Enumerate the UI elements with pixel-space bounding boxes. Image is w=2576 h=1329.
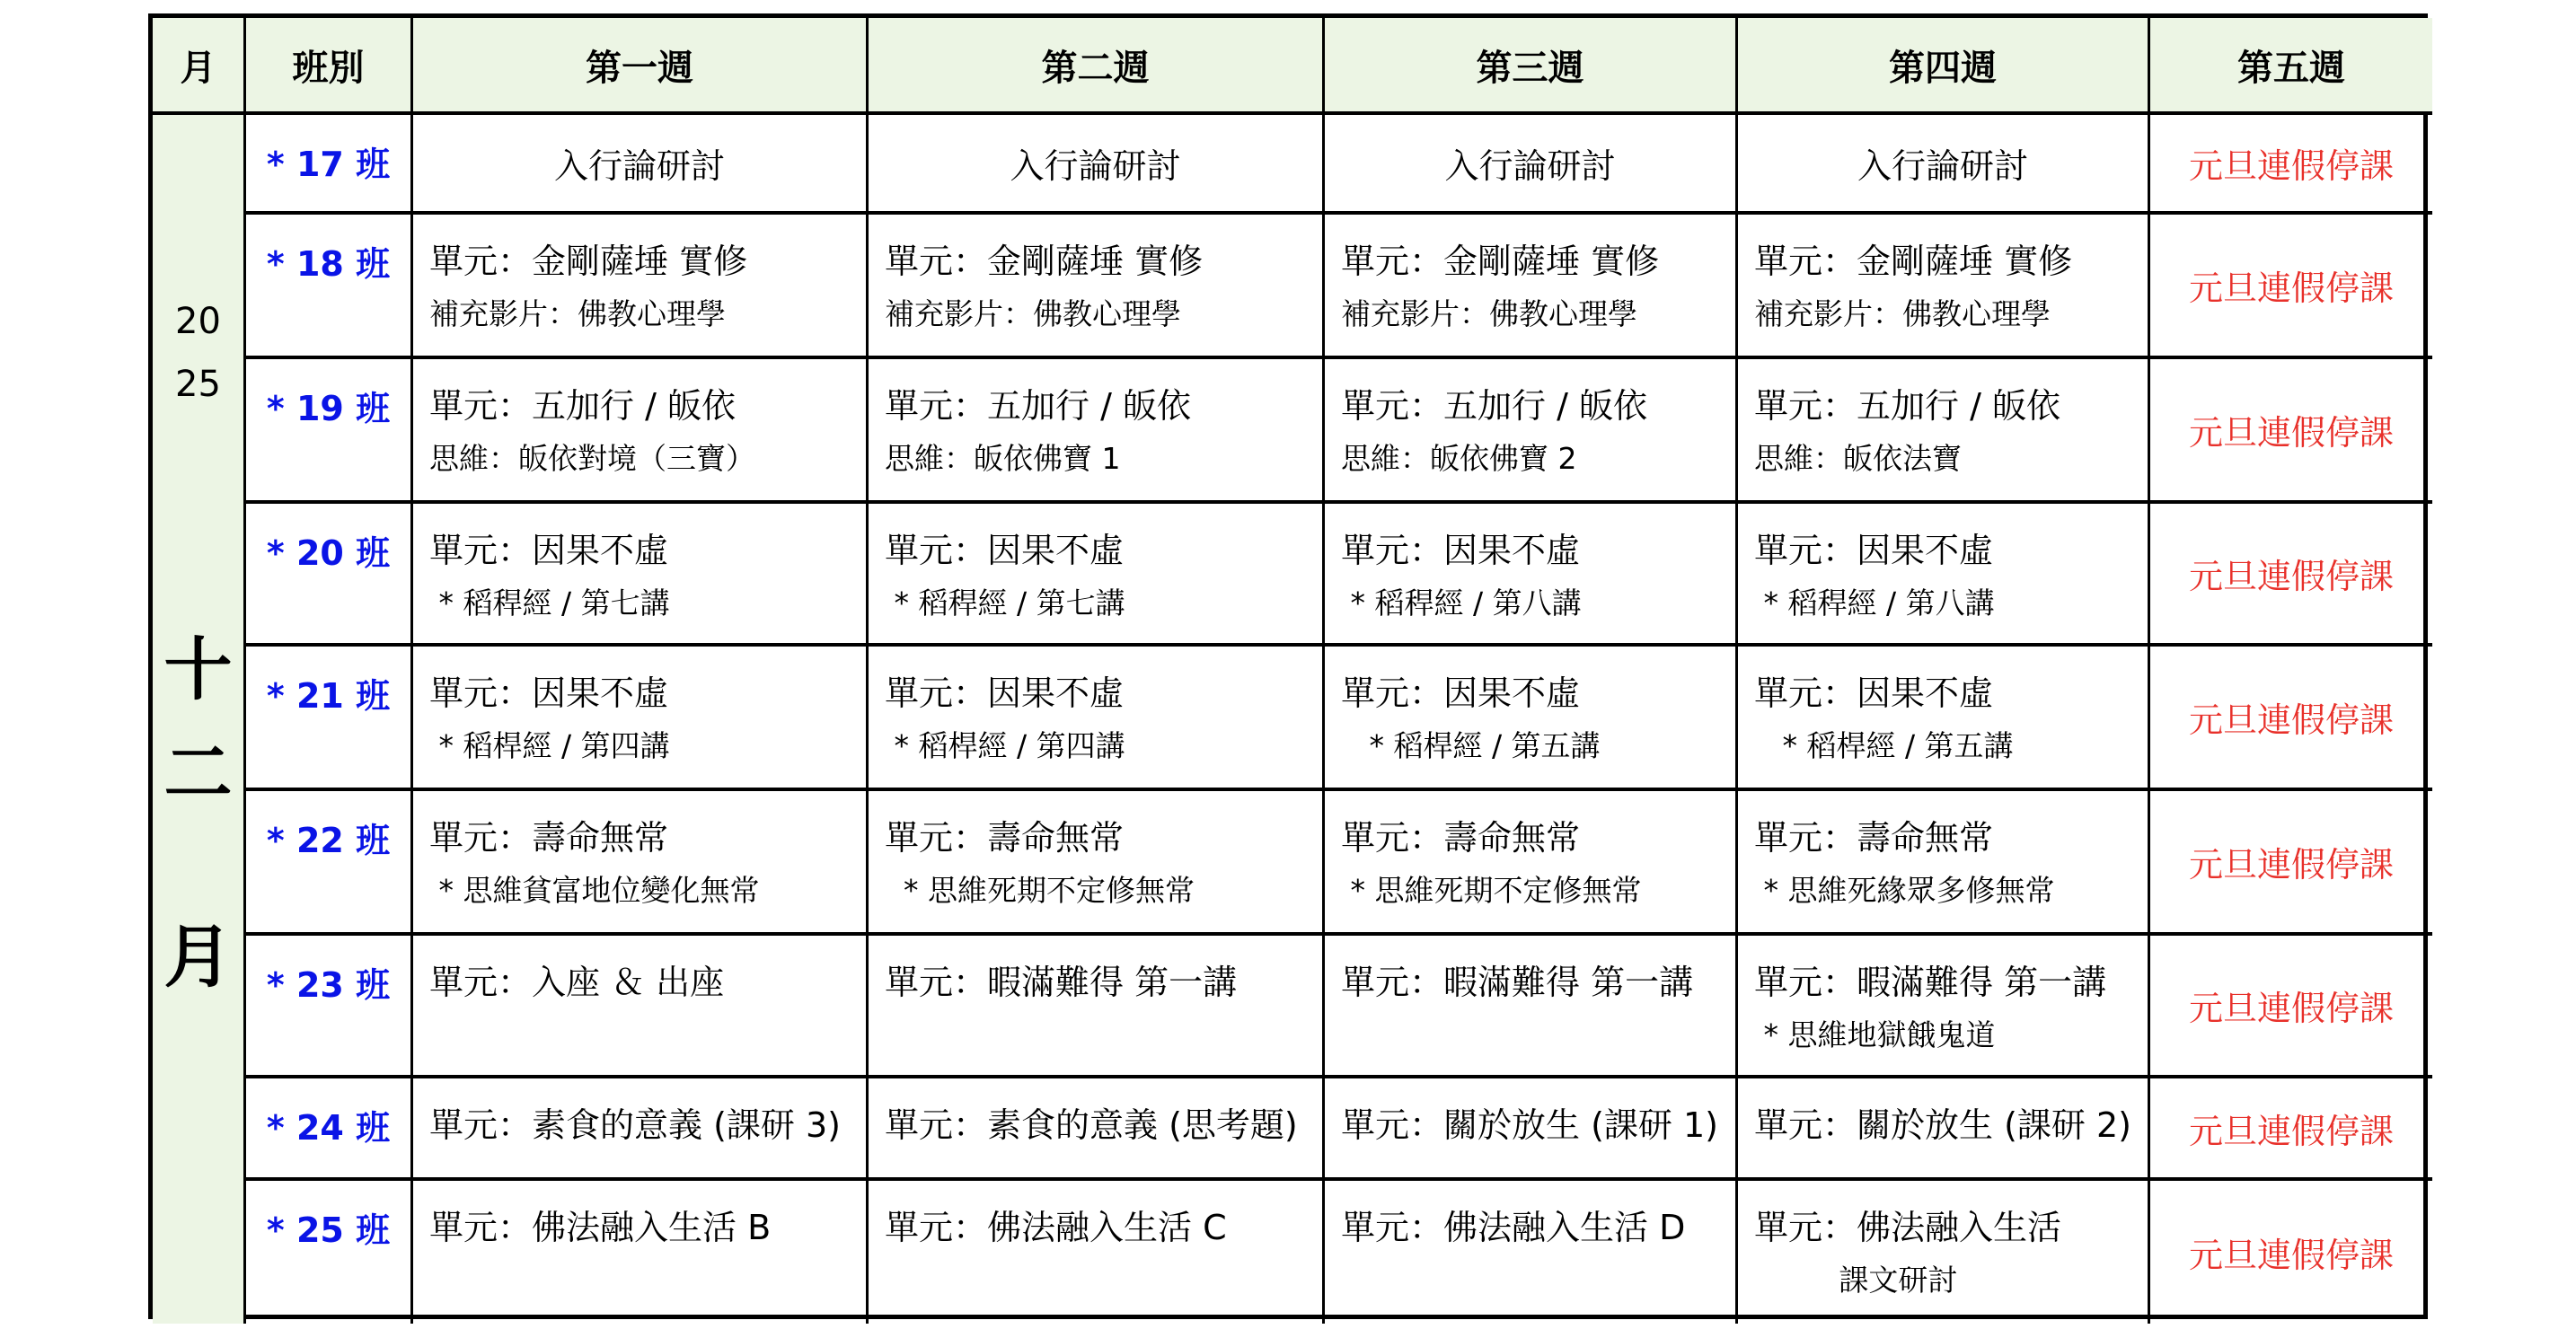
lesson-detail: 思維：皈依佛寶 1 [885, 440, 1322, 478]
class-cell: * 25 班 [246, 1181, 413, 1324]
class-cell: * 19 班 [246, 359, 413, 504]
lesson-detail: * 思維地獄餓鬼道 [1754, 1017, 2148, 1054]
holiday-label: 元旦連假停課 [2189, 138, 2394, 188]
class-label: * 20 班 [246, 504, 410, 575]
lesson-detail: * 稻桿經 / 第四講 [885, 727, 1322, 765]
class-cell: * 20 班 [246, 504, 413, 647]
lesson-title: 單元：因果不虛 [1341, 529, 1735, 572]
class-cell: * 18 班 [246, 215, 413, 359]
lesson-detail: * 稻稈經 / 第七講 [885, 585, 1322, 622]
week-3-cell: 單元：五加行 / 皈依思維：皈依佛寶 2 [1325, 359, 1738, 504]
week-3-cell: 單元：關於放生 (課研 1) [1325, 1078, 1738, 1181]
lesson-title: 單元：佛法融入生活 [1754, 1206, 2148, 1249]
lesson-detail: 思維：皈依對境（三寶） [429, 440, 866, 478]
week-3-cell: 單元：佛法融入生活 D [1325, 1181, 1738, 1324]
lesson-title: 單元：金剛薩埵 實修 [885, 240, 1322, 283]
week-3-cell: 單元：壽命無常 * 思維死期不定修無常 [1325, 791, 1738, 936]
class-cell: * 22 班 [246, 791, 413, 936]
year-part-1: 20 [153, 301, 243, 342]
lesson-title: 單元：金剛薩埵 實修 [429, 240, 866, 283]
holiday-label: 元旦連假停課 [2189, 837, 2394, 886]
lesson-title: 單元：暇滿難得 第一講 [1341, 961, 1735, 1004]
lesson-title: 單元：金剛薩埵 實修 [1341, 240, 1735, 283]
header-week-label: 第五週 [2237, 40, 2345, 91]
lesson-detail: * 思維死緣眾多修無常 [1754, 872, 2148, 910]
week-5-holiday-cell: 元旦連假停課 [2150, 215, 2432, 359]
class-label: * 21 班 [246, 647, 410, 717]
lesson-detail: 補充影片：佛教心理學 [885, 295, 1322, 333]
header-month-label: 月 [181, 40, 216, 91]
week-5-holiday-cell: 元旦連假停課 [2150, 359, 2432, 504]
header-month: 月 [153, 18, 246, 115]
month-char: 二 [153, 718, 243, 816]
holiday-label: 元旦連假停課 [2189, 1228, 2394, 1277]
holiday-label: 元旦連假停課 [2189, 260, 2394, 310]
week-3-cell: 單元：暇滿難得 第一講 [1325, 936, 1738, 1078]
holiday-label: 元旦連假停課 [2189, 981, 2394, 1030]
lesson-title: 單元：暇滿難得 第一講 [1754, 961, 2148, 1004]
lesson-detail: 課文研討 [1754, 1262, 2148, 1299]
lesson-detail: * 思維貧富地位變化無常 [429, 872, 866, 910]
week-2-cell: 單元：五加行 / 皈依思維：皈依佛寶 1 [869, 359, 1325, 504]
class-cell: * 23 班 [246, 936, 413, 1078]
header-week-4: 第四週 [1738, 18, 2150, 115]
week-2-cell: 單元：因果不虛 * 稻桿經 / 第四講 [869, 647, 1325, 791]
week-1-cell: 單元：因果不虛 * 稻稈經 / 第七講 [413, 504, 869, 647]
week-5-holiday-cell: 元旦連假停課 [2150, 115, 2432, 215]
lesson-title: 單元：素食的意義 (課研 3) [429, 1104, 866, 1147]
lesson-title: 單元：素食的意義 (思考題) [885, 1104, 1322, 1147]
week-1-cell: 單元：壽命無常 * 思維貧富地位變化無常 [413, 791, 869, 936]
header-week-label: 第一週 [586, 40, 693, 91]
lesson-detail: 補充影片：佛教心理學 [1754, 295, 2148, 333]
lesson-title: 入行論研討 [1444, 138, 1615, 188]
week-5-holiday-cell: 元旦連假停課 [2150, 1181, 2432, 1324]
header-week-label: 第三週 [1477, 40, 1584, 91]
week-4-cell: 單元：因果不虛 * 稻稈經 / 第八講 [1738, 504, 2150, 647]
class-cell: * 24 班 [246, 1078, 413, 1181]
lesson-title: 單元：因果不虛 [885, 672, 1322, 715]
class-label: * 23 班 [246, 936, 410, 1007]
lesson-detail: * 稻稈經 / 第八講 [1754, 585, 2148, 622]
lesson-detail: * 思維死期不定修無常 [1341, 872, 1735, 910]
week-1-cell: 單元：入座 ＆ 出座 [413, 936, 869, 1078]
week-2-cell: 單元：佛法融入生活 C [869, 1181, 1325, 1324]
week-3-cell: 單元：因果不虛 * 稻稈經 / 第八講 [1325, 504, 1738, 647]
year-part-2: 25 [153, 364, 243, 405]
header-week-label: 第二週 [1042, 40, 1150, 91]
week-1-cell: 單元：因果不虛 * 稻桿經 / 第四講 [413, 647, 869, 791]
lesson-title: 單元：壽命無常 [429, 816, 866, 859]
class-cell: * 21 班 [246, 647, 413, 791]
lesson-title: 單元：關於放生 (課研 1) [1341, 1104, 1735, 1147]
header-class: 班別 [246, 18, 413, 115]
lesson-title: 單元：壽命無常 [885, 816, 1322, 859]
week-1-cell: 單元：素食的意義 (課研 3) [413, 1078, 869, 1181]
week-4-cell: 單元：金剛薩埵 實修補充影片：佛教心理學 [1738, 215, 2150, 359]
lesson-detail: * 稻稈經 / 第八講 [1341, 585, 1735, 622]
lesson-title: 單元：佛法融入生活 B [429, 1206, 866, 1249]
lesson-title: 單元：五加行 / 皈依 [885, 384, 1322, 427]
lesson-title: 單元：金剛薩埵 實修 [1754, 240, 2148, 283]
class-label: * 18 班 [246, 215, 410, 286]
lesson-title: 單元：五加行 / 皈依 [1341, 384, 1735, 427]
week-5-holiday-cell: 元旦連假停課 [2150, 647, 2432, 791]
week-4-cell: 單元：關於放生 (課研 2) [1738, 1078, 2150, 1181]
lesson-title: 單元：五加行 / 皈依 [1754, 384, 2148, 427]
lesson-detail: * 思維死期不定修無常 [885, 872, 1322, 910]
week-1-cell: 入行論研討 [413, 115, 869, 215]
lesson-detail: * 稻稈經 / 第七講 [429, 585, 866, 622]
lesson-title: 單元：因果不虛 [429, 672, 866, 715]
class-label: * 17 班 [246, 115, 410, 186]
header-week-5: 第五週 [2150, 18, 2432, 115]
week-5-holiday-cell: 元旦連假停課 [2150, 936, 2432, 1078]
lesson-title: 入行論研討 [554, 138, 725, 188]
lesson-detail: * 稻桿經 / 第四講 [429, 727, 866, 765]
lesson-detail: 補充影片：佛教心理學 [1341, 295, 1735, 333]
lesson-title: 單元：關於放生 (課研 2) [1754, 1104, 2148, 1147]
week-4-cell: 單元：因果不虛 * 稻桿經 / 第五講 [1738, 647, 2150, 791]
lesson-title: 單元：因果不虛 [885, 529, 1322, 572]
holiday-label: 元旦連假停課 [2189, 1104, 2394, 1153]
week-1-cell: 單元：佛法融入生活 B [413, 1181, 869, 1324]
lesson-title: 單元：因果不虛 [1754, 672, 2148, 715]
month-cell: 2025十二月 [153, 115, 246, 1324]
header-class-label: 班別 [293, 40, 365, 91]
header-week-label: 第四週 [1889, 40, 1997, 91]
lesson-detail: 思維：皈依法寶 [1754, 440, 2148, 478]
class-label: * 22 班 [246, 791, 410, 862]
holiday-label: 元旦連假停課 [2189, 692, 2394, 742]
class-label: * 24 班 [246, 1078, 410, 1149]
week-4-cell: 單元：五加行 / 皈依思維：皈依法寶 [1738, 359, 2150, 504]
class-label: * 19 班 [246, 359, 410, 430]
lesson-title: 入行論研討 [1010, 138, 1180, 188]
week-1-cell: 單元：金剛薩埵 實修補充影片：佛教心理學 [413, 215, 869, 359]
week-4-cell: 單元：壽命無常 * 思維死緣眾多修無常 [1738, 791, 2150, 936]
lesson-title: 單元：佛法融入生活 D [1341, 1206, 1735, 1249]
lesson-title: 單元：壽命無常 [1341, 816, 1735, 859]
class-label: * 25 班 [246, 1181, 410, 1252]
schedule-table: 月班別第一週第二週第三週第四週第五週2025十二月* 17 班入行論研討入行論研… [148, 13, 2428, 1319]
week-2-cell: 單元：暇滿難得 第一講 [869, 936, 1325, 1078]
week-4-cell: 單元：暇滿難得 第一講 * 思維地獄餓鬼道 [1738, 936, 2150, 1078]
header-week-2: 第二週 [869, 18, 1325, 115]
lesson-title: 單元：因果不虛 [1341, 672, 1735, 715]
week-2-cell: 單元：素食的意義 (思考題) [869, 1078, 1325, 1181]
week-2-cell: 單元：因果不虛 * 稻稈經 / 第七講 [869, 504, 1325, 647]
week-2-cell: 入行論研討 [869, 115, 1325, 215]
holiday-label: 元旦連假停課 [2189, 549, 2394, 598]
header-week-3: 第三週 [1325, 18, 1738, 115]
week-5-holiday-cell: 元旦連假停課 [2150, 1078, 2432, 1181]
week-4-cell: 單元：佛法融入生活 課文研討 [1738, 1181, 2150, 1324]
lesson-title: 單元：五加行 / 皈依 [429, 384, 866, 427]
week-1-cell: 單元：五加行 / 皈依思維：皈依對境（三寶） [413, 359, 869, 504]
week-5-holiday-cell: 元旦連假停課 [2150, 791, 2432, 936]
week-2-cell: 單元：金剛薩埵 實修補充影片：佛教心理學 [869, 215, 1325, 359]
lesson-detail: * 稻桿經 / 第五講 [1341, 727, 1735, 765]
lesson-title: 單元：因果不虛 [1754, 529, 2148, 572]
week-3-cell: 單元：金剛薩埵 實修補充影片：佛教心理學 [1325, 215, 1738, 359]
month-char: 十 [153, 615, 243, 713]
lesson-title: 入行論研討 [1857, 138, 2028, 188]
week-2-cell: 單元：壽命無常 * 思維死期不定修無常 [869, 791, 1325, 936]
week-3-cell: 入行論研討 [1325, 115, 1738, 215]
class-cell: * 17 班 [246, 115, 413, 215]
week-5-holiday-cell: 元旦連假停課 [2150, 504, 2432, 647]
lesson-title: 單元：入座 ＆ 出座 [429, 961, 866, 1004]
month-char: 月 [153, 902, 243, 1000]
lesson-detail: 思維：皈依佛寶 2 [1341, 440, 1735, 478]
lesson-title: 單元：因果不虛 [429, 529, 866, 572]
lesson-title: 單元：壽命無常 [1754, 816, 2148, 859]
week-3-cell: 單元：因果不虛 * 稻桿經 / 第五講 [1325, 647, 1738, 791]
lesson-title: 單元：暇滿難得 第一講 [885, 961, 1322, 1004]
lesson-title: 單元：佛法融入生活 C [885, 1206, 1322, 1249]
week-4-cell: 入行論研討 [1738, 115, 2150, 215]
lesson-detail: * 稻桿經 / 第五講 [1754, 727, 2148, 765]
header-week-1: 第一週 [413, 18, 869, 115]
lesson-detail: 補充影片：佛教心理學 [429, 295, 866, 333]
holiday-label: 元旦連假停課 [2189, 405, 2394, 454]
